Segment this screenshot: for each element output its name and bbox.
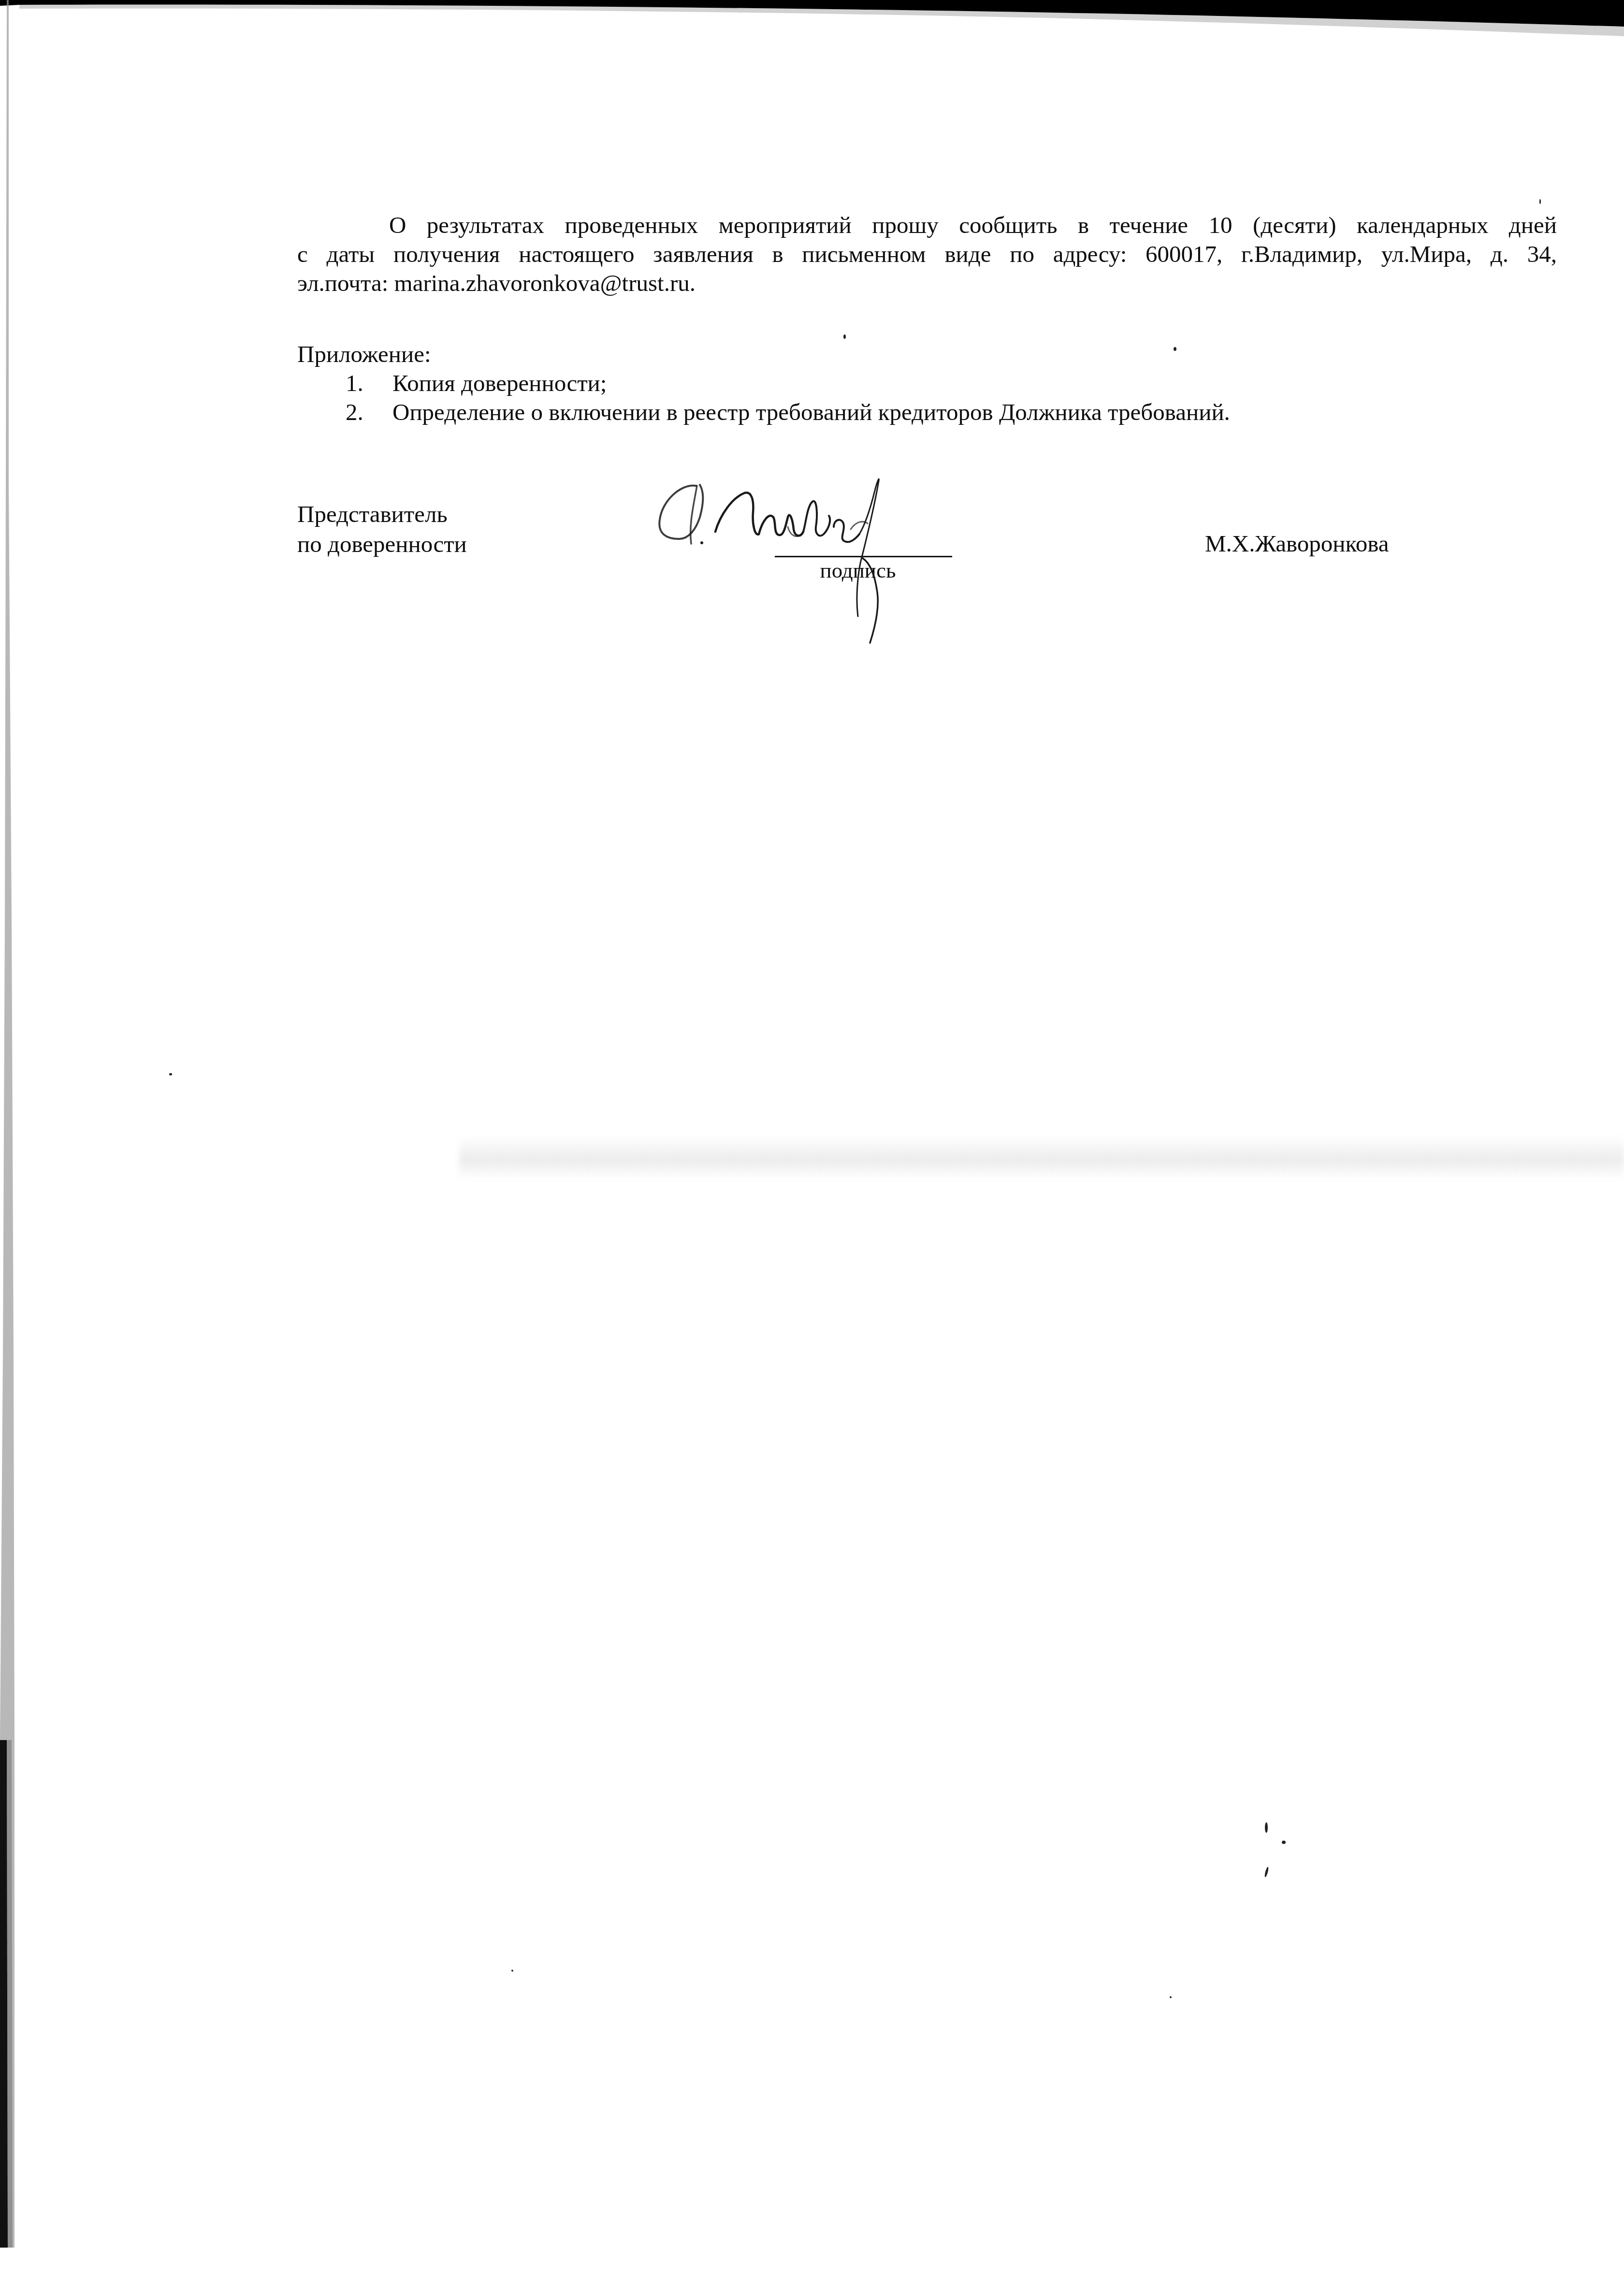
scan-left-edge-shadow (0, 0, 29, 2279)
body-paragraph-line: О результатах проведенных мероприятий пр… (297, 211, 1557, 240)
body-paragraph-line: с даты получения настоящего заявления в … (297, 240, 1557, 269)
scan-speck (843, 334, 846, 339)
attachment-number: 1. (346, 369, 363, 398)
attachments-heading: Приложение: (297, 340, 431, 369)
scan-speck (169, 1073, 172, 1075)
body-paragraph: О результатах проведенных мероприятий пр… (297, 211, 1557, 298)
signer-role-line-2: по доверенности (297, 529, 467, 559)
scan-top-edge-shadow (0, 0, 1624, 44)
attachment-text: Определение о включении в реестр требова… (392, 398, 1230, 427)
scan-grey-band-artifact (459, 1136, 1624, 1179)
signer-role: Представитель по доверенности (297, 499, 467, 559)
scan-speck (1264, 1867, 1269, 1878)
body-paragraph-line: эл.почта: marina.zhavoronkova@trust.ru. (297, 269, 1557, 298)
attachment-text: Копия доверенности; (392, 369, 607, 398)
scan-speck (1170, 1996, 1172, 1998)
attachment-number: 2. (346, 398, 363, 427)
scan-speck (1174, 347, 1176, 351)
scan-speck (1282, 1841, 1286, 1844)
signer-name: М.Х.Жаворонкова (1205, 529, 1389, 558)
signer-role-line-1: Представитель (297, 499, 467, 529)
scan-speck (1265, 1822, 1268, 1833)
scan-speck (1539, 199, 1541, 204)
scan-speck (511, 1970, 513, 1972)
signature-caption: подпись (810, 556, 906, 585)
